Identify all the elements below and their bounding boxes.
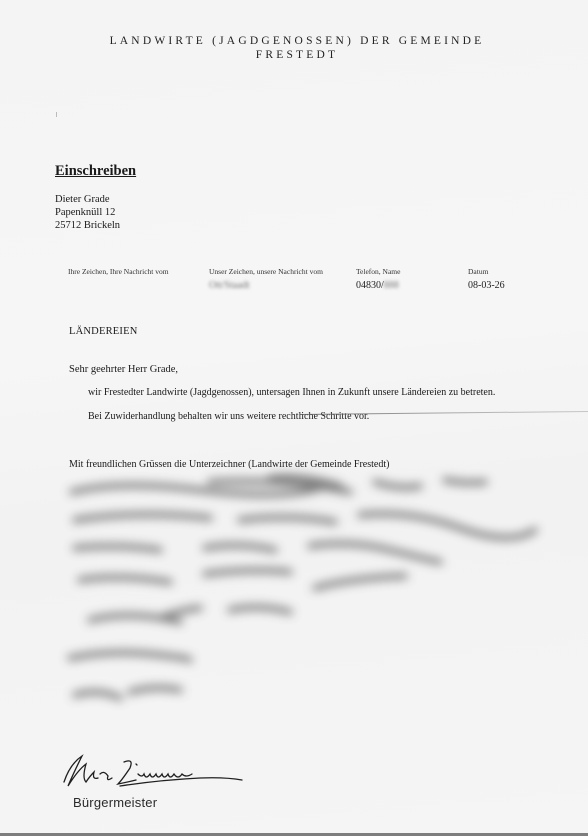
our-reference-value-wrap: Ott/Staadt [209,280,323,291]
date-reference: Datum 08-03-26 [468,267,505,291]
salutation: Sehr geehrter Herr Grade, [69,364,178,375]
phone-value: 04830/ [356,280,384,291]
closing-line: Mit freundlichen Grüssen die Unterzeichn… [69,459,389,470]
scan-mark [56,112,57,117]
phone-reference: Telefon, Name 04830/888 [356,267,400,291]
phone-label: Telefon, Name [356,267,400,276]
body-paragraph-2: Bei Zuwiderhandlung behalten wir uns wei… [88,411,369,422]
our-reference-label: Unser Zeichen, unsere Nachricht vom [209,267,323,276]
recipient-city: 25712 Brickeln [55,219,120,232]
mayor-title: Bürgermeister [73,795,157,810]
our-reference-value: Ott/Staadt [209,280,250,291]
date-label: Datum [468,267,505,276]
phone-value-wrap: 04830/888 [356,280,400,291]
recipient-name: Dieter Grade [55,193,120,206]
body-paragraph-1: wir Frestedter Landwirte (Jagdgenossen),… [88,387,495,398]
date-value: 08-03-26 [468,280,505,291]
recipient-street: Papenknüll 12 [55,206,120,219]
letter-page: LANDWIRTE (JAGDGENOSSEN) DER GEMEINDE FR… [0,0,588,836]
your-reference: Ihre Zeichen, Ihre Nachricht vom [68,267,169,280]
letterhead: LANDWIRTE (JAGDGENOSSEN) DER GEMEINDE FR… [0,34,588,62]
mayor-signature [60,752,250,797]
delivery-type: Einschreiben [55,163,136,180]
blurred-signature-strokes [60,470,540,710]
letterhead-line-2: FRESTEDT [0,48,588,62]
subject-line: LÄNDEREIEN [69,326,138,337]
redacted-signatures [60,470,540,710]
letterhead-line-1: LANDWIRTE (JAGDGENOSSEN) DER GEMEINDE [0,34,588,48]
your-reference-label: Ihre Zeichen, Ihre Nachricht vom [68,267,169,276]
our-reference: Unser Zeichen, unsere Nachricht vom Ott/… [209,267,323,291]
phone-redacted: 888 [384,280,399,291]
recipient-address: Dieter Grade Papenknüll 12 25712 Brickel… [55,193,120,232]
